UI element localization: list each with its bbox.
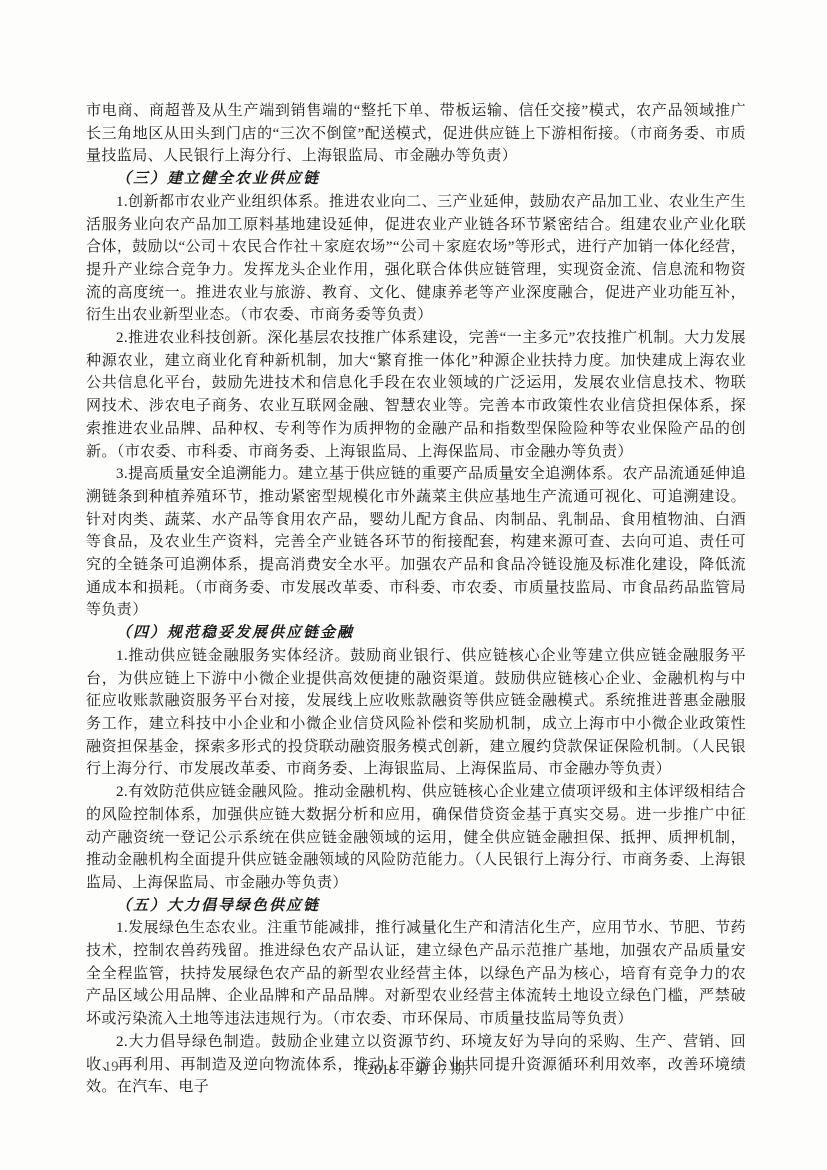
page-footer: 19 （2018 年第 17 期） bbox=[86, 1058, 746, 1079]
paragraph-continuation: 市电商、商超普及从生产端到销售端的“整托下单、带板运输、信任交接”模式，农产品领… bbox=[86, 100, 746, 168]
paragraph-agriculture-2: 2.推进农业科技创新。深化基层农技推广体系建设，完善“一主多元”农技推广机制。大… bbox=[86, 327, 746, 463]
section-heading-5: （五）大力倡导绿色供应链 bbox=[86, 895, 746, 918]
paragraph-agriculture-1: 1.创新都市农业产业组织体系。推进农业向二、三产业延伸，鼓励农产品加工业、农业生… bbox=[86, 191, 746, 327]
section-heading-4: （四）规范稳妥发展供应链金融 bbox=[86, 622, 746, 645]
paragraph-finance-1: 1.推动供应链金融服务实体经济。鼓励商业银行、供应链核心企业等建立供应链金融服务… bbox=[86, 645, 746, 781]
section-heading-3: （三）建立健全农业供应链 bbox=[86, 168, 746, 191]
issue-label: （2018 年第 17 期） bbox=[86, 1058, 746, 1079]
page-number: 19 bbox=[104, 1059, 119, 1076]
paragraph-finance-2: 2.有效防范供应链金融风险。推动金融机构、供应链核心企业建立债项评级和主体评级相… bbox=[86, 781, 746, 895]
paragraph-green-1: 1.发展绿色生态农业。注重节能减排，推行减量化生产和清洁化生产，应用节水、节肥、… bbox=[86, 917, 746, 1031]
document-page: 市电商、商超普及从生产端到销售端的“整托下单、带板运输、信任交接”模式，农产品领… bbox=[0, 0, 827, 1170]
document-body: 市电商、商超普及从生产端到销售端的“整托下单、带板运输、信任交接”模式，农产品领… bbox=[86, 100, 746, 1099]
paragraph-agriculture-3: 3.提高质量安全追溯能力。建立基于供应链的重要产品质量安全追溯体系。农产品流通延… bbox=[86, 463, 746, 622]
